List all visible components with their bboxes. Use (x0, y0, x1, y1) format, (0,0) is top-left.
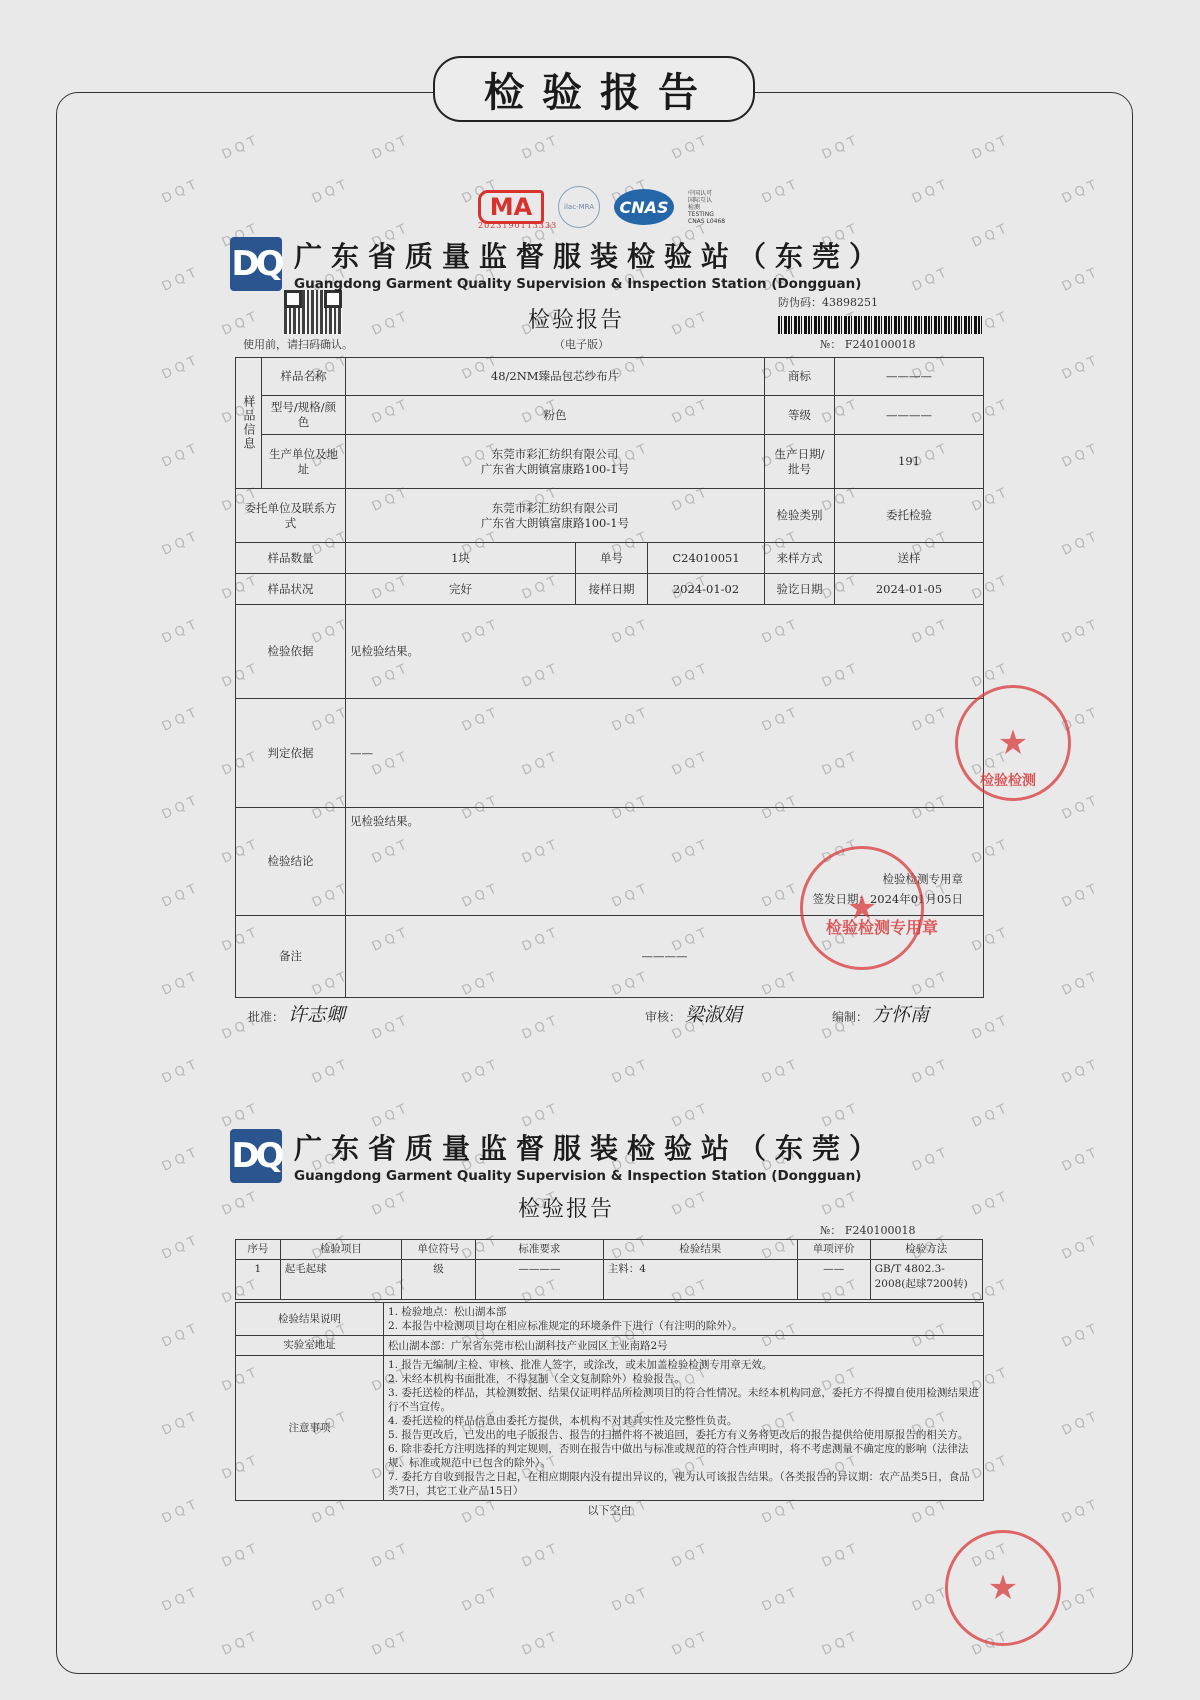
notes-table: 检验结果说明 1. 检验地点：松山湖本部2. 本报告中检测项目均在相应标准规定的… (235, 1302, 984, 1520)
sample-info-group-label: 样品信息 (236, 358, 262, 489)
label-trademark: 商标 (765, 358, 835, 396)
value-model: 粉色 (346, 396, 765, 435)
inspection-seal-stamp: ★ (800, 846, 924, 970)
results-header-cell: 单位符号 (401, 1240, 475, 1260)
report-subtitle: （电子版） (554, 336, 609, 352)
label-inspection-type: 检验类别 (765, 489, 835, 543)
label-quantity: 样品数量 (236, 543, 346, 574)
caution-item: 2. 未经本机构书面批准，不得复制（全文复制除外）检验报告。 (388, 1372, 979, 1386)
caution-item: 7. 委托方自收到报告之日起，在相应期限内没有提出异议的，视为认可该报告结果。（… (388, 1470, 979, 1498)
value-judgement: —— (346, 699, 984, 808)
label-order-no: 单号 (576, 543, 648, 574)
results-header-cell: 检验项目 (280, 1240, 401, 1260)
results-header-cell: 序号 (236, 1240, 281, 1260)
results-header-cell: 单项评价 (797, 1240, 870, 1260)
reviewer-signature: 审核： 梁淑娟 (645, 1000, 742, 1027)
value-cautions: 1. 报告无编制/主检、审核、批准人签字，或涂改，或未加盖检验检测专用章无效。2… (384, 1356, 984, 1501)
stamp-label: 检验检测专用章 (826, 915, 938, 938)
results-cell-result: 主料：4 (603, 1260, 797, 1300)
caution-item: 4. 委托送检的样品信息由委托方提供，本机构不对其真实性及完整性负责。 (388, 1414, 979, 1428)
station-name-cn: 广东省质量监督服装检验站（东莞） (294, 1127, 886, 1167)
dq-logo-icon: DQ (230, 1129, 282, 1183)
value-producer: 东莞市彩汇纺织有限公司广东省大朗镇富康路100-1号 (346, 435, 765, 489)
barcode-icon (778, 316, 983, 334)
value-completed-date: 2024-01-05 (835, 574, 984, 605)
value-grade: ———— (835, 396, 984, 435)
value-order-no: C24010051 (648, 543, 765, 574)
approver-signature: 批准： 许志卿 (248, 1000, 345, 1027)
value-condition: 完好 (346, 574, 576, 605)
station-header-1: DQ 广东省质量监督服装检验站（东莞） Guangdong Garment Qu… (230, 235, 886, 292)
label-client: 委托单位及联系方式 (236, 489, 346, 543)
value-basis: 见检验结果。 (346, 605, 984, 699)
label-completed-date: 验讫日期 (765, 574, 835, 605)
report-title-2: 检验报告 (518, 1192, 614, 1223)
results-cell-item: 起毛起球 (280, 1260, 401, 1300)
results-cell-evaluation: —— (797, 1260, 870, 1300)
cnas-logo-icon: CNAS (614, 189, 674, 225)
value-quantity: 1块 (346, 543, 576, 574)
station-name-en: Guangdong Garment Quality Supervision & … (294, 1168, 886, 1184)
anti-fake-code: 防伪码：43898251 (778, 294, 878, 310)
label-cautions: 注意事项 (236, 1356, 384, 1501)
dq-logo-icon: DQ (230, 237, 282, 291)
label-sample-name: 样品名称 (262, 358, 346, 396)
results-cell-method: GB/T 4802.3-2008(起球7200转) (870, 1260, 982, 1300)
cnas-caption: 中国认可国际互认检测TESTINGCNAS L0468 (688, 190, 725, 225)
value-inspection-type: 委托检验 (835, 489, 984, 543)
label-result-notes: 检验结果说明 (236, 1303, 384, 1336)
side-stamp-label: 检验检测 (980, 770, 1036, 790)
value-result-notes: 1. 检验地点：松山湖本部2. 本报告中检测项目均在相应标准规定的环境条件下进行… (384, 1303, 984, 1336)
value-received-date: 2024-01-02 (648, 574, 765, 605)
results-cell-no: 1 (236, 1260, 281, 1300)
station-name-cn: 广东省质量监督服装检验站（东莞） (294, 235, 886, 275)
end-note: 以下空白 (236, 1501, 984, 1521)
station-header-2: DQ 广东省质量监督服装检验站（东莞） Guangdong Garment Qu… (230, 1127, 886, 1184)
ilac-mra-logo-icon: ilac-MRA (558, 186, 600, 228)
cover-title-tab: 检验报告 (433, 56, 755, 122)
caution-item: 5. 报告更改后，已发出的电子版报告、报告的扫描件将不被追回，委托方有义务将更改… (388, 1428, 979, 1442)
qr-code-icon[interactable] (284, 290, 342, 334)
label-grade: 等级 (765, 396, 835, 435)
page2-seal-stamp: ★ (945, 1530, 1061, 1646)
cma-number: 2023190113333 (478, 221, 557, 230)
results-header-cell: 检验结果 (603, 1240, 797, 1260)
label-remarks: 备注 (236, 916, 346, 998)
label-condition: 样品状况 (236, 574, 346, 605)
label-lab-address: 实验室地址 (236, 1336, 384, 1356)
report-title: 检验报告 (528, 303, 624, 334)
results-cell-unit: 级 (401, 1260, 475, 1300)
label-producer: 生产单位及地址 (262, 435, 346, 489)
value-client: 东莞市彩汇纺织有限公司广东省大朗镇富康路100-1号 (346, 489, 765, 543)
label-model: 型号/规格/颜色 (262, 396, 346, 435)
caution-item: 6. 除非委托方注明选择的判定规则，否则在报告中做出与标准或规范的符合性声明时，… (388, 1442, 979, 1470)
value-sample-name: 48/2NM臻品包芯纱布片 (346, 358, 765, 396)
value-sampling: 送样 (835, 543, 984, 574)
results-table: 序号检验项目单位符号标准要求检验结果单项评价检验方法 1起毛起球级————主料：… (235, 1239, 983, 1300)
station-name-en: Guangdong Garment Quality Supervision & … (294, 276, 886, 292)
value-trademark: ———— (835, 358, 984, 396)
results-header-cell: 标准要求 (476, 1240, 604, 1260)
scan-note: 使用前，请扫码确认。 (243, 336, 353, 352)
value-production-date: 191 (835, 435, 984, 489)
caution-item: 1. 报告无编制/主检、审核、批准人签字，或涂改，或未加盖检验检测专用章无效。 (388, 1358, 979, 1372)
value-lab-address: 松山湖本部：广东省东莞市松山湖科技产业园区工业南路2号 (384, 1336, 984, 1356)
label-sampling: 来样方式 (765, 543, 835, 574)
label-conclusion: 检验结论 (236, 808, 346, 916)
star-icon: ★ (998, 723, 1028, 763)
results-cell-requirement: ———— (476, 1260, 604, 1300)
report-number-2: №： F240100018 (820, 1222, 916, 1238)
label-judgement: 判定依据 (236, 699, 346, 808)
report-number: №： F240100018 (820, 336, 916, 352)
label-basis: 检验依据 (236, 605, 346, 699)
caution-item: 3. 委托送检的样品，其检测数据、结果仅证明样品所检测项目的符合性情况。未经本机… (388, 1386, 979, 1414)
star-icon: ★ (988, 1568, 1018, 1608)
cma-logo-icon: MA (478, 190, 544, 224)
results-header-cell: 检验方法 (870, 1240, 982, 1260)
preparer-signature: 编制： 方怀南 (832, 1000, 929, 1027)
label-production-date: 生产日期/批号 (765, 435, 835, 489)
label-received-date: 接样日期 (576, 574, 648, 605)
